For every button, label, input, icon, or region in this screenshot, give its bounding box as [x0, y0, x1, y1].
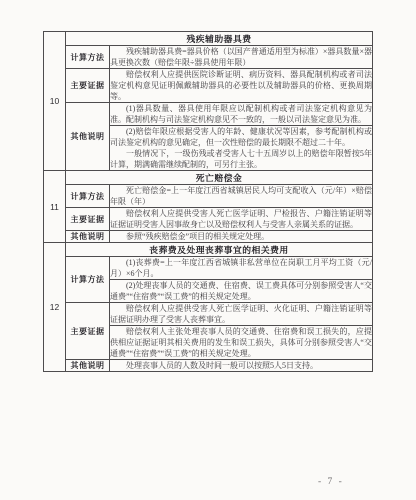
row-label: 主要证据 [66, 208, 110, 231]
section-title: 死亡赔偿金 [66, 171, 373, 185]
table-row: 计算方法死亡赔偿金=上一年度江西省城镇居民人均可支配收入（元/年）×赔偿年限（年… [44, 185, 373, 208]
row-label: 主要证据 [66, 69, 110, 103]
section-number: 12 [44, 243, 66, 372]
content-cell: (1)丧葬费=上一年度江西省城镇非私营单位在岗职工月平均工资（元/月）×6个月。 [110, 257, 373, 280]
table-row: 计算方法(1)丧葬费=上一年度江西省城镇非私营单位在岗职工月平均工资（元/月）×… [44, 257, 373, 280]
row-label: 其他说明 [66, 103, 110, 171]
table-row: 主要证据赔偿权利人应提供医院诊断证明、病历资料、器具配制机构或者司法鉴定机构意见… [44, 69, 373, 103]
page-number: - 7 - [318, 477, 344, 487]
row-label: 计算方法 [66, 46, 110, 69]
cell-paragraph: (2)赔偿年限应根据受害人的年龄、健康状况等因素，参考配制机构或司法鉴定机构的意… [110, 126, 372, 148]
content-cell: (2)处理丧事人员的交通费、住宿费、误工费具体可分别参照受害人“交通费”“住宿费… [110, 280, 373, 303]
cell-paragraph: 一般情况下，一级伤残或者受害人七十五周岁以上的赔偿年限暂按5年计算，期满确需继续… [110, 148, 372, 170]
cell-paragraph: 参照“残疾赔偿金”项目的相关规定处理。 [110, 231, 372, 242]
content-cell: 参照“残疾赔偿金”项目的相关规定处理。 [110, 231, 373, 243]
content-cell: 处理丧事人员的人数及时间一般可以按照5人5日支持。 [110, 360, 373, 372]
compensation-table: 10残疾辅助器具费计算方法残疾辅助器具费=器具价格（以国产普通适用型为标准）×器… [43, 31, 373, 372]
content-cell: 赔偿权利人应提供受害人死亡医学证明、火化证明、户籍注销证明等证据证明办理了受害人… [110, 303, 373, 326]
row-label: 计算方法 [66, 257, 110, 303]
row-label: 其他说明 [66, 360, 110, 372]
section-header-row: 12丧葬费及处理丧葬事宜的相关费用 [44, 243, 373, 257]
cell-paragraph: 死亡赔偿金=上一年度江西省城镇居民人均可支配收入（元/年）×赔偿年限（年） [110, 185, 372, 207]
table-row: 计算方法残疾辅助器具费=器具价格（以国产普通适用型为标准）×器具数量×器具更换次… [44, 46, 373, 69]
row-label: 其他说明 [66, 231, 110, 243]
cell-paragraph: 赔偿权利人主张处理丧事人员的交通费、住宿费和误工损失的，应提供相应证据证明其相关… [110, 326, 372, 359]
cell-paragraph: (1)器具数量、器具使用年限应以配制机构或者司法鉴定机构意见为准。配制机构与司法… [110, 103, 372, 125]
table-row: 其他说明处理丧事人员的人数及时间一般可以按照5人5日支持。 [44, 360, 373, 372]
compensation-table-body: 10残疾辅助器具费计算方法残疾辅助器具费=器具价格（以国产普通适用型为标准）×器… [44, 32, 373, 372]
content-cell: 残疾辅助器具费=器具价格（以国产普通适用型为标准）×器具数量×器具更换次数（赔偿… [110, 46, 373, 69]
content-cell: 赔偿权利人主张处理丧事人员的交通费、住宿费和误工损失的，应提供相应证据证明其相关… [110, 326, 373, 360]
cell-paragraph: 赔偿权利人应提供受害人死亡医学证明、火化证明、户籍注销证明等证据证明办理了受害人… [110, 303, 372, 325]
content-cell: 赔偿权利人应提供受害人死亡医学证明、尸检报告、户籍注销证明等证据证明受害人因事故… [110, 208, 373, 231]
cell-paragraph: (1)丧葬费=上一年度江西省城镇非私营单位在岗职工月平均工资（元/月）×6个月。 [110, 257, 372, 279]
cell-paragraph: 处理丧事人员的人数及时间一般可以按照5人5日支持。 [110, 360, 372, 371]
cell-paragraph: 赔偿权利人应提供受害人死亡医学证明、尸检报告、户籍注销证明等证据证明受害人因事故… [110, 208, 372, 230]
row-label: 主要证据 [66, 303, 110, 360]
cell-paragraph: 残疾辅助器具费=器具价格（以国产普通适用型为标准）×器具数量×器具更换次数（赔偿… [110, 46, 372, 68]
content-cell: (2)赔偿年限应根据受害人的年龄、健康状况等因素，参考配制机构或司法鉴定机构的意… [110, 126, 373, 171]
section-number: 11 [44, 171, 66, 243]
cell-paragraph: 赔偿权利人应提供医院诊断证明、病历资料、器具配制机构或者司法鉴定机构意见证明佩戴… [110, 69, 372, 102]
cell-paragraph: (2)处理丧事人员的交通费、住宿费、误工费具体可分别参照受害人“交通费”“住宿费… [110, 280, 372, 302]
section-number: 10 [44, 32, 66, 171]
table-row: 其他说明(1)器具数量、器具使用年限应以配制机构或者司法鉴定机构意见为准。配制机… [44, 103, 373, 126]
section-title: 残疾辅助器具费 [66, 32, 373, 46]
document-page: 10残疾辅助器具费计算方法残疾辅助器具费=器具价格（以国产普通适用型为标准）×器… [0, 0, 416, 500]
section-header-row: 10残疾辅助器具费 [44, 32, 373, 46]
row-label: 计算方法 [66, 185, 110, 208]
content-cell: (1)器具数量、器具使用年限应以配制机构或者司法鉴定机构意见为准。配制机构与司法… [110, 103, 373, 126]
table-row: 其他说明参照“残疾赔偿金”项目的相关规定处理。 [44, 231, 373, 243]
table-row: 主要证据赔偿权利人应提供受害人死亡医学证明、火化证明、户籍注销证明等证据证明办理… [44, 303, 373, 326]
content-cell: 死亡赔偿金=上一年度江西省城镇居民人均可支配收入（元/年）×赔偿年限（年） [110, 185, 373, 208]
content-cell: 赔偿权利人应提供医院诊断证明、病历资料、器具配制机构或者司法鉴定机构意见证明佩戴… [110, 69, 373, 103]
section-header-row: 11死亡赔偿金 [44, 171, 373, 185]
table-row: 主要证据赔偿权利人应提供受害人死亡医学证明、尸检报告、户籍注销证明等证据证明受害… [44, 208, 373, 231]
section-title: 丧葬费及处理丧葬事宜的相关费用 [66, 243, 373, 257]
